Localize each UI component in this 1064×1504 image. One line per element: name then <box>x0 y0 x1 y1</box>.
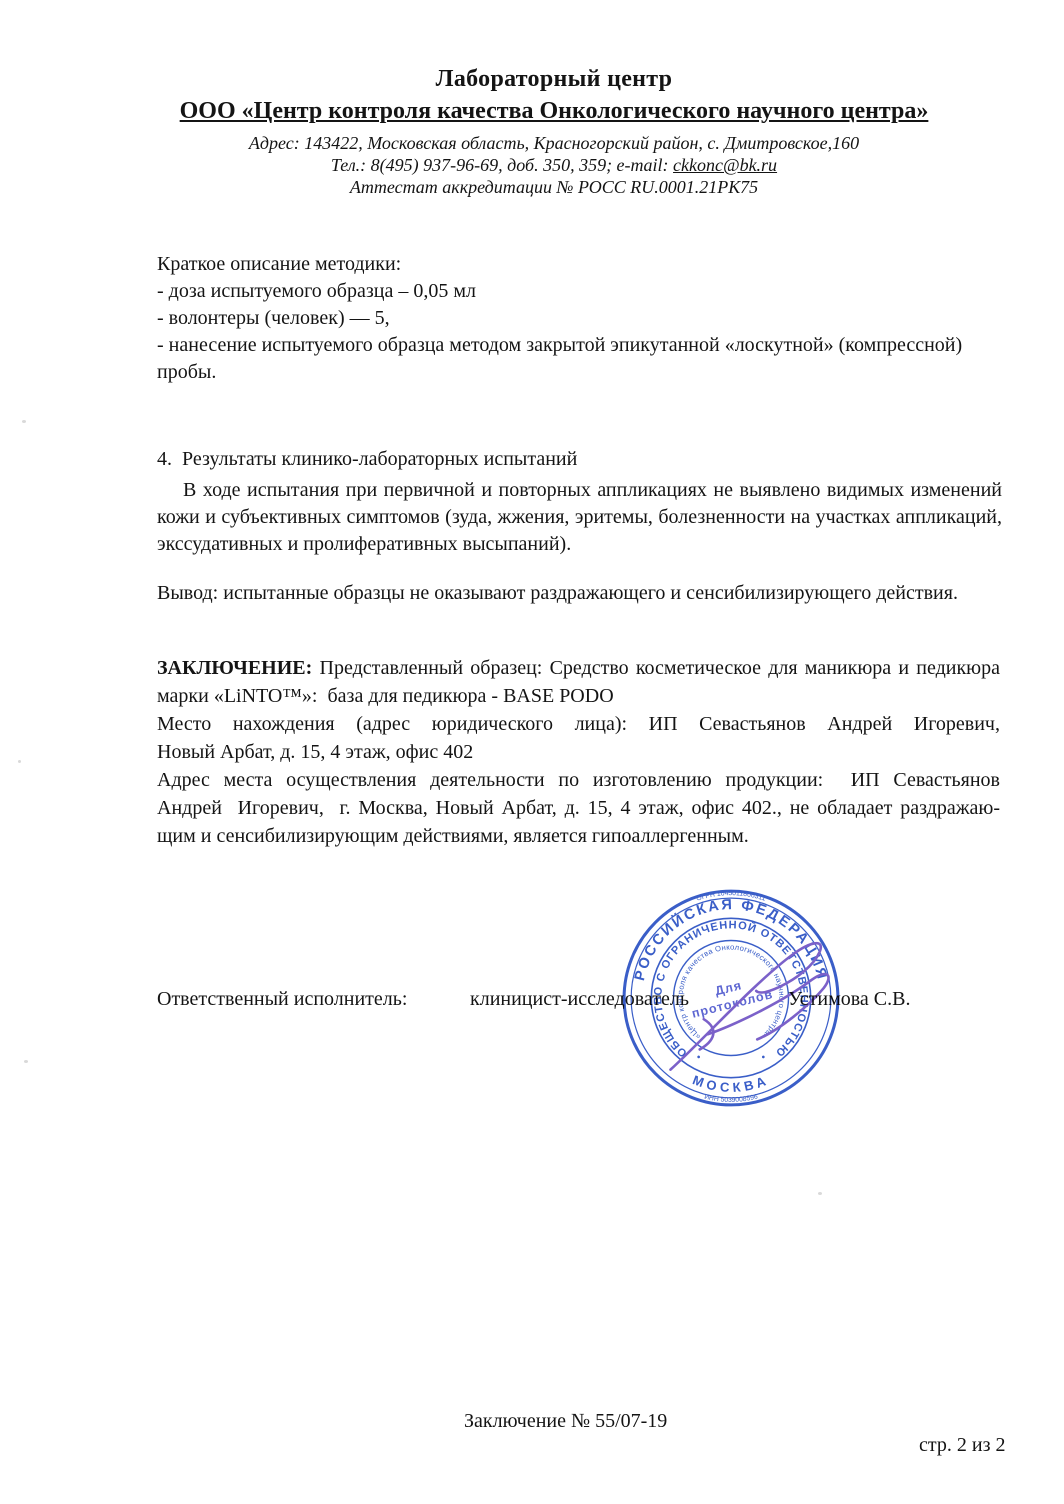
conclusion-line-3: Место нахождения (адрес юридического лиц… <box>157 710 1000 738</box>
methodology-item-application: - нанесение испытуемого образца методом … <box>157 332 1002 386</box>
scan-artifact <box>818 1192 822 1195</box>
stamp-separator-dot-left: • <box>694 1052 703 1064</box>
results-section-title: 4. Результаты клинико-лабораторных испыт… <box>157 446 1002 473</box>
phone-text: Тел.: 8(495) 937-96-69, доб. 350, 359; e… <box>331 155 673 175</box>
organization-name: ООО «Центр контроля качества Онкологичес… <box>22 98 1064 125</box>
scan-artifact <box>18 760 21 763</box>
conclusion-line-6: Андрей Игоревич, г. Москва, Новый Арбат,… <box>157 794 1000 822</box>
methodology-heading: Краткое описание методики: <box>157 251 1002 278</box>
scan-artifact <box>24 1060 28 1063</box>
organization-address: Адрес: 143422, Московская область, Красн… <box>22 132 1064 154</box>
conclusion-label: ЗАКЛЮЧЕНИЕ: <box>157 657 312 679</box>
phone-email-line: Тел.: 8(495) 937-96-69, доб. 350, 359; e… <box>22 154 1064 176</box>
methodology-item-volunteers: - волонтеры (человек) — 5, <box>157 305 1002 332</box>
conclusion-line-5: Адрес места осуществления деятельности п… <box>157 766 1000 794</box>
conclusion-line-7: щим и сенсибилизирующим действиями, явля… <box>157 822 1000 850</box>
responsible-executor-label: Ответственный исполнитель: <box>157 988 407 1011</box>
methodology-item-dose: - доза испытуемого образца – 0,05 мл <box>157 278 1002 305</box>
scan-artifact <box>22 420 26 423</box>
stamp-city-text: МОСКВА <box>691 1072 772 1095</box>
conclusion-line-2: марки «LiNTO™»: база для педикюра - BASE… <box>157 682 1000 710</box>
methodology-section: Краткое описание методики: - доза испыту… <box>157 251 1002 386</box>
document-page: Лабораторный центр ООО «Центр контроля к… <box>0 0 1064 1504</box>
accreditation-line: Аттестат аккредитации № РОСС RU.0001.21Р… <box>22 176 1064 198</box>
final-conclusion-section: ЗАКЛЮЧЕНИЕ: Представленный образец: Сред… <box>157 654 1000 850</box>
svg-text:•: • <box>694 1052 703 1064</box>
document-header: Лабораторный центр ООО «Центр контроля к… <box>22 66 1064 198</box>
stamp-center-text: Для протоколов <box>686 971 774 1020</box>
lab-center-title: Лабораторный центр <box>22 66 1064 93</box>
svg-text:•: • <box>760 1052 769 1064</box>
results-paragraph: В ходе испытания при первичной и повторн… <box>157 477 1002 558</box>
stamp-separator-dot-right: • <box>760 1052 769 1064</box>
footer-document-reference: Заключение № 55/07-19 <box>464 1410 667 1433</box>
official-stamp: ОГРН 1045011806311 ИНН 5039008596 РОССИЙ… <box>615 882 847 1114</box>
email-link: ckkonc@bk.ru <box>673 155 777 175</box>
conclusion-line-1-text: Представленный образец: Средство космети… <box>312 657 1000 679</box>
conclusion-line-4: Новый Арбат, д. 15, 4 этаж, офис 402 <box>157 738 1000 766</box>
results-conclusion: Вывод: испытанные образцы не оказывают р… <box>157 580 1002 607</box>
svg-text:МОСКВА: МОСКВА <box>691 1072 772 1095</box>
conclusion-line-1: ЗАКЛЮЧЕНИЕ: Представленный образец: Сред… <box>157 654 1000 682</box>
footer-page-indicator: стр. 2 из 2 <box>919 1434 1005 1457</box>
